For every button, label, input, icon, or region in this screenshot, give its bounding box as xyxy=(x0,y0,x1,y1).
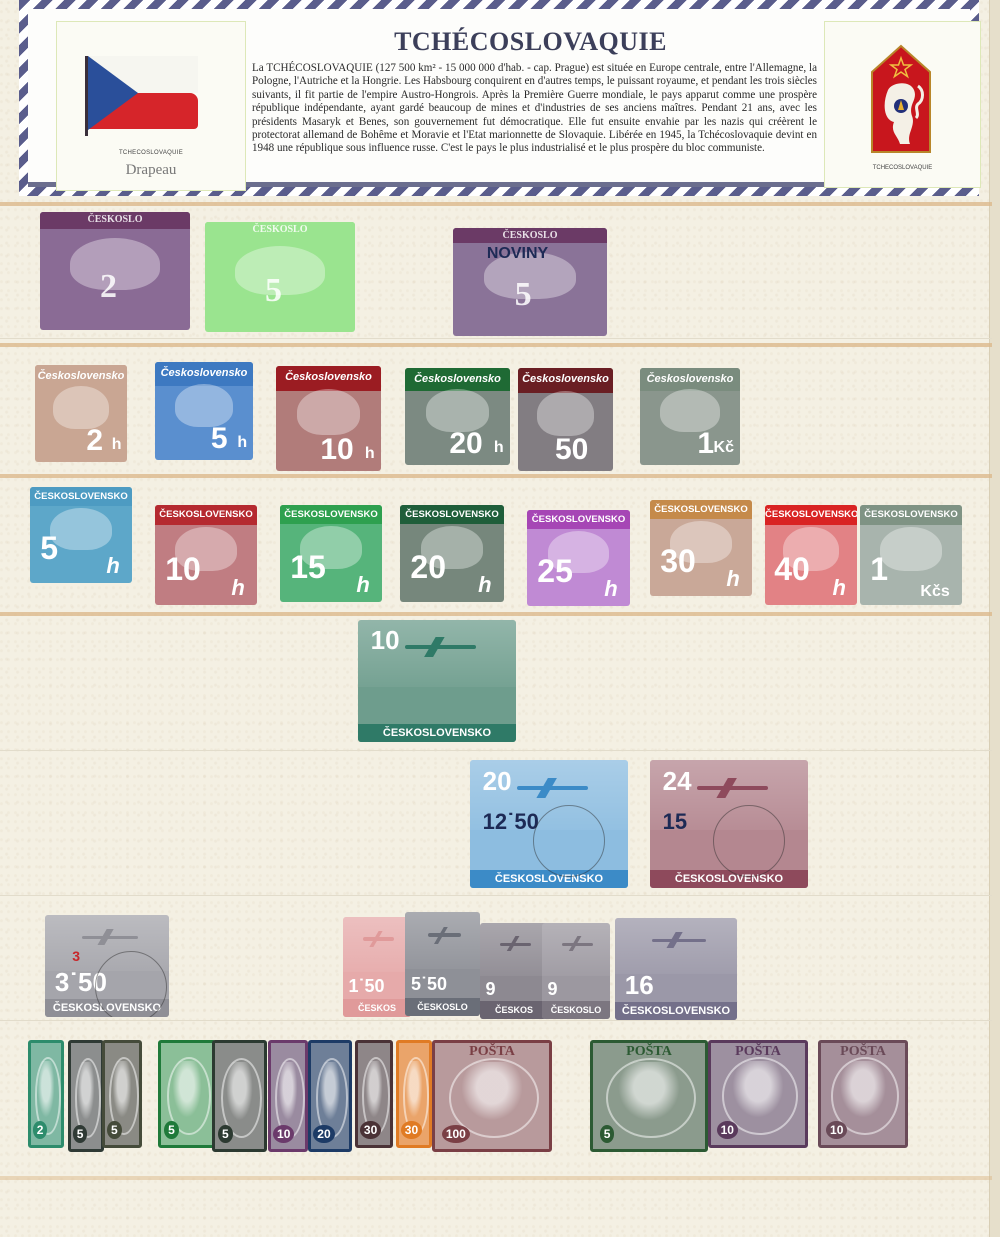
stamp-value: 10 xyxy=(165,553,201,585)
stamp: POŠTA10 xyxy=(708,1040,808,1148)
stamp-value: 5 xyxy=(600,1125,615,1143)
stockbook-page: TCHECOSLOVAQUIE Drapeau TCHÉCOSLOVAQUIE … xyxy=(0,0,1000,1237)
messenger-icon xyxy=(880,527,941,571)
stamp-country-text: ČESKOSLOVENSKO xyxy=(280,505,382,524)
stamp: ČESKOSLOVENSKO5h xyxy=(30,487,132,583)
airplane-icon xyxy=(82,929,138,945)
stamp: 5 xyxy=(158,1040,216,1148)
stamp-country-text: Československo xyxy=(276,366,381,391)
dove-icon xyxy=(297,389,360,435)
messenger-icon xyxy=(50,508,111,550)
stamp-unit: Kčs xyxy=(920,583,949,601)
stamp-value: 5 xyxy=(265,274,282,308)
surcharge-overprint: 12˙50 xyxy=(483,809,539,835)
stamp-unit: h xyxy=(112,436,122,454)
strip-divider xyxy=(0,343,992,347)
stamp-value: 5 xyxy=(73,1125,88,1143)
dove-icon xyxy=(660,389,720,432)
falcon-icon xyxy=(224,1062,255,1126)
falcon-icon xyxy=(76,1062,95,1126)
falcon-icon xyxy=(170,1061,203,1122)
falcon-icon xyxy=(613,1062,685,1126)
stamp-value: 30 xyxy=(660,545,696,577)
strip-divider xyxy=(0,612,992,616)
dove-icon xyxy=(53,386,108,429)
airplane-icon xyxy=(428,927,462,944)
stamp: ČESKOSLOVENSKO15h xyxy=(280,505,382,602)
stamp-country-text: Československo xyxy=(155,362,253,386)
stamp: 5 xyxy=(102,1040,142,1148)
stamp-overprint: NOVINY xyxy=(487,245,548,263)
stamp-country-text: ČESKOS xyxy=(343,999,411,1017)
page-edge xyxy=(989,0,1000,1237)
stamp-posta-text: POŠTA xyxy=(435,1043,549,1063)
falcon-icon xyxy=(36,1061,55,1122)
stamp-unit: h xyxy=(237,434,247,452)
airplane-icon xyxy=(517,778,588,798)
stamp-value: 20 xyxy=(449,429,482,459)
stamp: 3˙503ČESKOSLOVENSKO xyxy=(45,915,169,1017)
stamp: 30 xyxy=(396,1040,432,1148)
page-title: TCHÉCOSLOVAQUIE xyxy=(278,27,783,57)
stamp: 20 xyxy=(308,1040,352,1152)
stamp-country-text: ČESKOSLOVENSKO xyxy=(765,505,857,525)
stamp-country-text: ČESKOSLO xyxy=(453,228,607,243)
stamp-value: 15 xyxy=(290,551,326,583)
stamp-unit: h xyxy=(833,575,846,601)
stamp-value: 3˙50 xyxy=(55,969,107,995)
stamp-country-text: ČESKOSLOVENSKO xyxy=(860,505,962,525)
country-info-panel: TCHECOSLOVAQUIE Drapeau TCHÉCOSLOVAQUIE … xyxy=(19,0,979,196)
stamp-country-text: ČESKOSLO xyxy=(205,222,355,237)
dove-icon xyxy=(537,391,594,436)
airplane-icon xyxy=(363,931,394,947)
stamp-value: 10 xyxy=(717,1121,738,1139)
stamp-country-text: ČESKOSLOVENSKO xyxy=(470,870,628,888)
stamp: ČESKOSLO2 xyxy=(40,212,190,330)
stamp-value: 10 xyxy=(320,435,353,465)
coat-of-arms-icon xyxy=(870,44,932,156)
stamp-country-text: Československo xyxy=(518,368,613,393)
flag-label: Drapeau xyxy=(57,162,245,179)
stamp-value: 5˙50 xyxy=(411,975,447,993)
falcon-icon xyxy=(318,1062,342,1126)
stamp-country-text: ČESKOSLOVENSKO xyxy=(400,505,504,524)
stamp: 5˙50ČESKOSLO xyxy=(405,912,480,1016)
stamp-value: 100 xyxy=(442,1125,470,1143)
stamp: ČESKOSLOVENSKO10h xyxy=(155,505,257,605)
falcon-icon xyxy=(277,1062,299,1126)
czech-flag-icon xyxy=(85,56,195,128)
falcon-icon xyxy=(836,1061,890,1122)
strip-divider xyxy=(0,1176,992,1180)
stamp-country-text: ČESKOSLOVENSKO xyxy=(45,999,169,1017)
stamp-country-text: ČESKOSLOVENSKO xyxy=(650,870,808,888)
stamp-value: 10 xyxy=(273,1125,294,1143)
stamp-country-text: ČESKOSLO xyxy=(542,1001,610,1019)
stamp-value: 10 xyxy=(826,1121,847,1139)
stamp-value: 20 xyxy=(410,551,446,583)
stamp: 30 xyxy=(355,1040,393,1148)
stamp-country-text: Československo xyxy=(35,365,127,388)
strip-divider xyxy=(0,474,992,478)
stamp-value: 20 xyxy=(313,1125,334,1143)
stamp-unit: h xyxy=(106,553,119,579)
stamp: Československo20h xyxy=(405,368,510,465)
stamp-value: 5 xyxy=(218,1125,233,1143)
stamp: 1˙50ČESKOS xyxy=(343,917,411,1017)
stamp-value: 2 xyxy=(86,426,103,456)
stamp-country-text: ČESKOSLOVENSKO xyxy=(30,487,132,506)
stamp: 10 xyxy=(268,1040,308,1152)
stamp-unit: h xyxy=(231,575,244,601)
stamp: 10ČESKOSLOVENSKO xyxy=(358,620,516,742)
stamp-value: 9 xyxy=(547,980,557,998)
stamp: ČESKOSLO5 xyxy=(205,222,355,332)
flag-caption: TCHECOSLOVAQUIE xyxy=(57,150,245,156)
stamp-posta-text: POŠTA xyxy=(593,1043,705,1063)
stamp-value: 30 xyxy=(360,1121,381,1139)
stamp-value: 2 xyxy=(33,1121,48,1139)
stamp: 16ČESKOSLOVENSKO xyxy=(615,918,737,1020)
stamp-country-text: ČESKOSLOVENSKO xyxy=(155,505,257,525)
airplane-icon xyxy=(500,936,531,951)
surcharge-overprint: 3 xyxy=(72,948,80,964)
dove-icon xyxy=(426,389,489,432)
stamp-unit: h xyxy=(356,572,369,598)
falcon-icon xyxy=(404,1061,423,1122)
stamp-value: 9 xyxy=(485,980,495,998)
coat-of-arms-card: TCHECOSLOVAQUIE xyxy=(824,21,981,188)
stamp-country-text: ČESKOSLOVENSKO xyxy=(615,1002,737,1020)
strip-divider xyxy=(0,750,992,751)
stamp-value: 16 xyxy=(625,972,654,998)
stamp-value: 5 xyxy=(211,424,228,454)
stamp-unit: h xyxy=(478,572,491,598)
stamp: POŠTA10 xyxy=(818,1040,908,1148)
falcon-icon xyxy=(456,1062,529,1126)
stamp: Československo50 xyxy=(518,368,613,471)
stamp-country-text: ČESKOSLO xyxy=(40,212,190,229)
stamp: 2 xyxy=(28,1040,64,1148)
stamp: Československo1Kč xyxy=(640,368,740,465)
stamp-unit: h xyxy=(494,439,504,457)
strip-divider xyxy=(0,895,992,896)
stamp-value: 50 xyxy=(555,435,588,465)
stamp-value: 5 xyxy=(515,278,532,312)
stamp: POŠTA100 xyxy=(432,1040,552,1152)
stamp-value: 10 xyxy=(371,627,400,653)
strip-divider xyxy=(0,1020,992,1021)
stamp: ČESKOSLOVENSKO25h xyxy=(527,510,630,606)
stamp-unit: h xyxy=(726,566,739,592)
stamp-value: 5 xyxy=(40,532,58,564)
stamp-value: 25 xyxy=(537,555,573,587)
coa-caption: TCHECOSLOVAQUIE xyxy=(825,165,980,171)
stamp: Československo2h xyxy=(35,365,127,462)
stamp-value: 40 xyxy=(774,553,810,585)
stamp-country-text: ČESKOS xyxy=(480,1001,548,1019)
surcharge-overprint: 15 xyxy=(663,809,687,835)
strip-divider xyxy=(0,202,992,206)
stamp: ČESKOSLOVENSKO30h xyxy=(650,500,752,596)
airplane-icon xyxy=(405,637,476,657)
stamp-country-text: ČESKOSLOVENSKO xyxy=(650,500,752,519)
stamp-value: 1˙50 xyxy=(348,977,384,995)
falcon-icon xyxy=(728,1061,788,1122)
stamp: 9ČESKOS xyxy=(480,923,548,1019)
airplane-icon xyxy=(562,936,593,951)
stamp-posta-text: POŠTA xyxy=(821,1043,905,1063)
stamp: 2012˙50ČESKOSLOVENSKO xyxy=(470,760,628,888)
stamp-country-text: ČESKOSLOVENSKO xyxy=(358,724,516,742)
airplane-icon xyxy=(652,932,707,948)
stamp: 9ČESKOSLO xyxy=(542,923,610,1019)
stamp: ČESKOSLOVENSKO1Kčs xyxy=(860,505,962,605)
stamp-posta-text: POŠTA xyxy=(711,1043,805,1063)
stamp: Československo10h xyxy=(276,366,381,471)
stamp-country-text: ČESKOSLO xyxy=(405,998,480,1016)
stamp: ČESKOSLOVENSKO20h xyxy=(400,505,504,602)
stamp-value: 2 xyxy=(100,270,117,304)
stamp: ČESKOSLO5NOVINY xyxy=(453,228,607,336)
stamp-country-text: Československo xyxy=(640,368,740,391)
stamp-value: 24 xyxy=(663,768,692,794)
stamp: POŠTA5 xyxy=(590,1040,708,1152)
stamp: ČESKOSLOVENSKO40h xyxy=(765,505,857,605)
stamp-value: 5 xyxy=(107,1121,122,1139)
flag-card: TCHECOSLOVAQUIE Drapeau xyxy=(56,21,246,191)
stamp: 2415ČESKOSLOVENSKO xyxy=(650,760,808,888)
stamp: 5 xyxy=(68,1040,104,1152)
stamp-value: 1 xyxy=(870,553,888,585)
stamp-country-text: Československo xyxy=(405,368,510,391)
stamp-value: 1 xyxy=(697,429,714,459)
stamp-country-text: ČESKOSLOVENSKO xyxy=(527,510,630,529)
dove-icon xyxy=(175,384,234,427)
country-description: La TCHÉCOSLOVAQUIE (127 500 km² - 15 000… xyxy=(252,62,817,156)
stamp: Československo5h xyxy=(155,362,253,460)
strip-divider xyxy=(0,338,992,339)
airplane-icon xyxy=(697,778,768,798)
stamp-unit: h xyxy=(365,445,375,463)
falcon-icon xyxy=(364,1061,384,1122)
stamp-value: 5 xyxy=(164,1121,179,1139)
falcon-icon xyxy=(111,1061,133,1122)
stamp-value: 30 xyxy=(401,1121,422,1139)
stamp-unit: h xyxy=(604,576,617,602)
stamp: 5 xyxy=(212,1040,267,1152)
stamp-value: 20 xyxy=(483,768,512,794)
stamp-unit: Kč xyxy=(714,439,734,457)
